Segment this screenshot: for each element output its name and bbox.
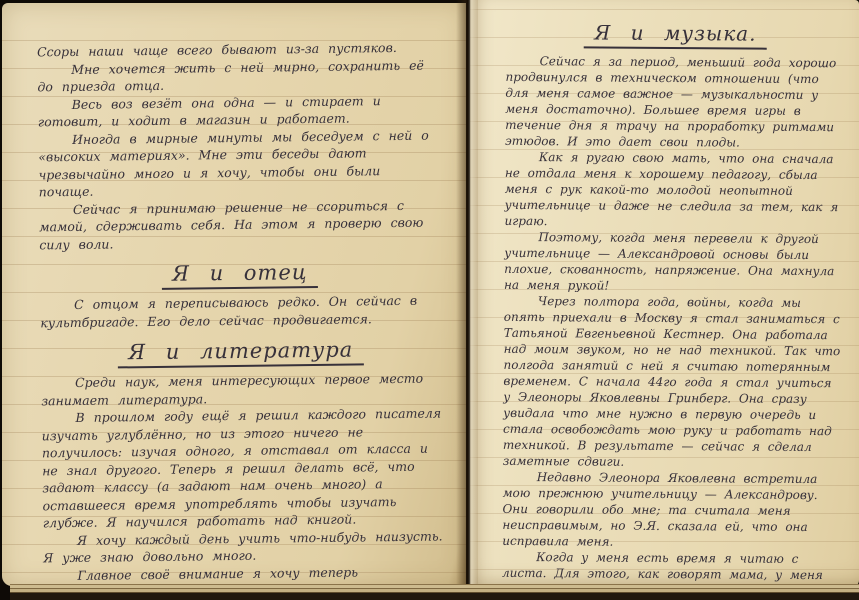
handwritten-paragraph: Сейчас я принимаю решение не ссориться с… <box>39 196 440 253</box>
handwritten-paragraph: Через полтора года, войны, когда мы опят… <box>503 293 843 471</box>
handwritten-paragraph: Я хочу каждый день учить что-нибудь наиз… <box>43 527 443 567</box>
handwritten-paragraph: Когда у меня есть время я читаю с листа.… <box>502 549 841 588</box>
handwritten-paragraph: Как я ругаю свою мать, что она сначала н… <box>504 149 844 231</box>
page-edges <box>10 584 859 600</box>
handwritten-paragraph: С отцом я переписываюсь редко. Он сейчас… <box>40 291 440 331</box>
handwritten-paragraph: Мне хочется жить с ней мирно, сохранить … <box>37 56 437 96</box>
handwritten-paragraph: Весь воз везёт она одна — и стирает и го… <box>38 91 438 131</box>
handwritten-paragraph: Среди наук, меня интересующих первое мес… <box>41 369 441 409</box>
right-page-text: Я и музыка.Сейчас я за период, меньший г… <box>470 0 859 588</box>
notebook-photo: Ссоры наши чаще всего бывают из-за пустя… <box>0 0 859 600</box>
handwritten-paragraph: Сейчас я за период, меньший года хорошо … <box>505 53 845 151</box>
notebook-cover-edge <box>10 592 859 600</box>
handwritten-paragraph: В прошлом году ещё я решил каждого писат… <box>41 404 442 531</box>
section-heading: Я и музыка. <box>506 19 845 47</box>
handwritten-paragraph: Поэтому, когда меня перевели к другой уч… <box>504 229 843 295</box>
left-page: Ссоры наши чаще всего бывают из-за пустя… <box>2 3 466 586</box>
handwritten-paragraph: Недавно Элеонора Яковлевна встретила мою… <box>502 469 842 551</box>
left-page-text: Ссоры наши чаще всего бывают из-за пустя… <box>2 3 466 586</box>
section-heading: Я и литература <box>41 335 441 366</box>
section-heading: Я и отец <box>40 257 440 288</box>
handwritten-paragraph: Иногда в мирные минуты мы беседуем с ней… <box>38 126 439 201</box>
right-page: Я и музыка.Сейчас я за период, меньший г… <box>470 0 859 588</box>
